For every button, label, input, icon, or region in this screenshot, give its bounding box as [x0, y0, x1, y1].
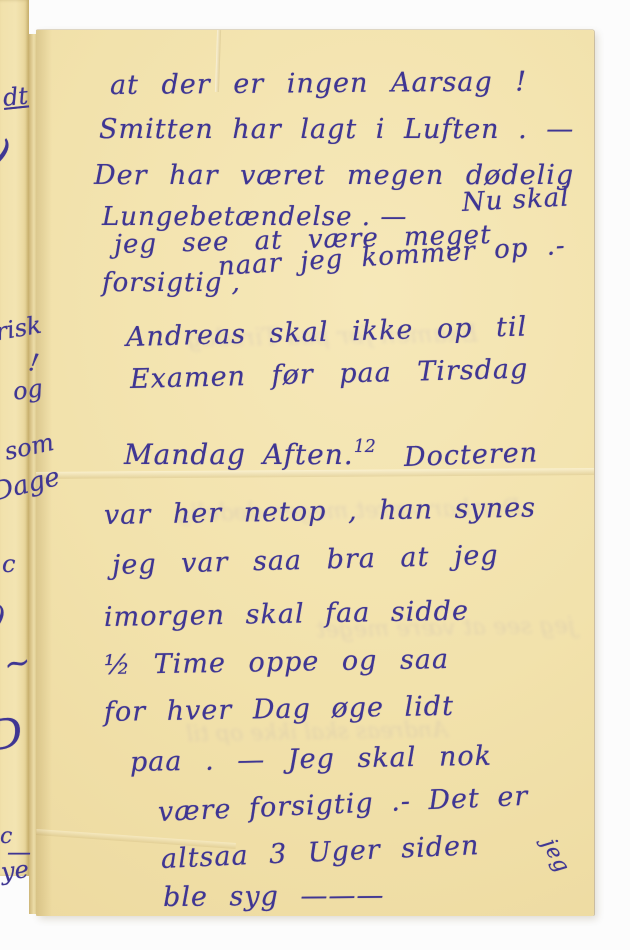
line-text: altsaa 3 Uger siden — [160, 830, 480, 875]
line-text: at der er ingen Aarsag ! — [110, 66, 527, 101]
handwriting-line: ble syg ——— — [163, 880, 385, 913]
handwriting-word-rotated: jeg — [537, 834, 575, 877]
line-text: Examen før paa Tirsdag — [130, 354, 529, 395]
line-text: Mandag Aften. — [124, 438, 354, 471]
date-heading: Mandag Aften.12 — [124, 438, 376, 471]
line-text: ble syg ——— — [163, 880, 385, 913]
line-text: jeg var saa bra at jeg — [112, 540, 499, 581]
line-text: Docteren — [403, 437, 538, 473]
handwriting-line: Examen før paa Tirsdag — [130, 354, 529, 395]
line-text: jeg — [537, 834, 575, 877]
handwriting-line: være forsigtig .- Det er — [157, 781, 529, 828]
letter-scan: dt ) frisk ! og som Dage c ) ~ D c — ye … — [0, 0, 630, 950]
handwriting-line: altsaa 3 Uger siden — [160, 830, 480, 875]
handwriting-line: Docteren — [403, 437, 538, 473]
handwriting-line: jeg var saa bra at jeg — [112, 540, 499, 581]
handwriting-line: Smitten har lagt i Luften . — — [99, 114, 574, 145]
margin-fragment: og — [11, 374, 44, 406]
margin-fragment: ye — [0, 855, 30, 886]
margin-fragment: dt — [2, 81, 30, 111]
line-text: imorgen skal faa sidde — [104, 596, 469, 633]
line-text: ½ Time oppe og saa — [104, 644, 450, 681]
line-text: være forsigtig .- Det er — [157, 781, 529, 828]
handwriting-line: at der er ingen Aarsag ! — [110, 66, 527, 101]
superscript-time: 12 — [354, 437, 376, 457]
margin-fragment: c — [2, 550, 15, 578]
handwriting-line: imorgen skal faa sidde — [104, 596, 469, 633]
line-text: paa . — Jeg skal nok — [130, 741, 493, 778]
handwriting-line: for hver Dag øge lidt — [104, 691, 454, 728]
handwriting-line: var her netop , han synes — [104, 492, 536, 531]
handwriting-line: Nu skal — [461, 182, 570, 218]
line-text: Nu skal — [461, 182, 570, 218]
letter-page: Examen før paa Tirsdag Der har været meg… — [36, 30, 594, 916]
handwriting-line: ½ Time oppe og saa — [104, 644, 450, 681]
line-text: Smitten har lagt i Luften . — — [99, 114, 574, 145]
line-text: for hver Dag øge lidt — [104, 691, 454, 728]
handwriting-line: paa . — Jeg skal nok — [130, 741, 493, 778]
line-text: var her netop , han synes — [104, 492, 536, 531]
